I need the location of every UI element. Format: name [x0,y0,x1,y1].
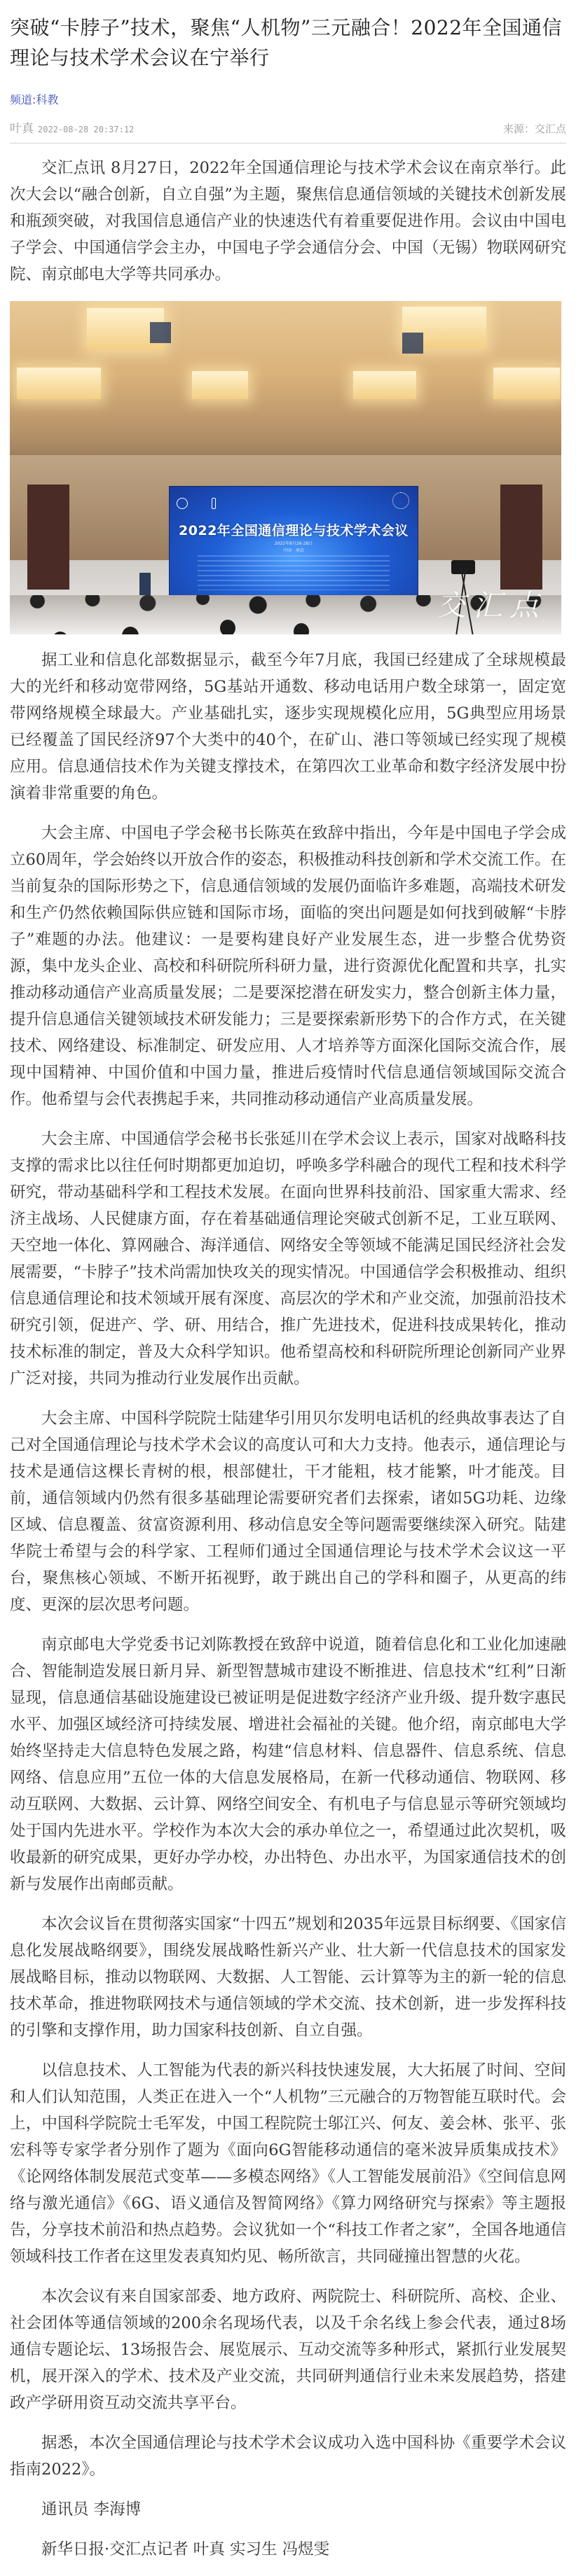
paragraph-3: 大会主席、中国电子学会秘书长陈英在致辞中指出，今年是中国电子学会成立60周年，学… [10,820,566,1113]
channel-link[interactable]: 频道:科教 [10,91,566,107]
article-meta: 叶真2022-08-28 20:37:12 来源：交汇点 [10,118,566,144]
article-title: 突破“卡脖子”技术，聚焦“人机物”三元融合！2022年全国通信理论与技术学术会议… [10,0,566,73]
article-body: 交汇点讯 8月27日，2022年全国通信理论与技术学术会议在南京举行。此次大会以… [10,144,566,2563]
paragraph-2: 据工业和信息化部数据显示，截至今年7月底，我国已经建成了全球规模最大的光纤和移动… [10,647,566,807]
chandelier-light [17,368,101,399]
watermark: 交汇点 [437,583,546,625]
paragraph-8: 以信息技术、人工智能为代表的新兴科技快速发展，大大拓展了时间、空间和人们认知范围… [10,2057,566,2270]
chandelier-light [192,371,248,399]
paragraph-7: 本次会议旨在贯彻落实国家“十四五”规划和2035年远景目标纲要、《国家信息化发展… [10,1911,566,2044]
paragraph-4: 大会主席、中国通信学会秘书长张延川在学术会议上表示，国家对战略科技支撑的需求比以… [10,1126,566,1392]
reporter-credit: 新华日报·交汇点记者 叶真 实习生 冯煜雯 [10,2536,566,2563]
paragraph-6: 南京邮电大学党委书记刘陈教授在致辞中说道，随着信息化和工业化加速融合、智能制造发… [10,1631,566,1898]
attendee-head [122,627,139,634]
article-page: 突破“卡脖子”技术，聚焦“人机物”三元融合！2022年全国通信理论与技术学术会议… [0,0,576,2563]
publish-time: 2022-08-28 20:37:12 [38,125,134,134]
correspondent-credit: 通讯员 李海博 [10,2496,566,2523]
attendee-head [52,632,69,634]
paragraph-10: 据悉，本次全国通信理论与技术学术会议成功入选中国科协《重要学术会议指南2022》… [10,2430,566,2483]
author-name: 叶真 [10,122,34,136]
attendee-head [220,620,235,634]
ceiling-panel [402,333,423,354]
video-camera [451,560,475,574]
paragraph-5: 大会主席、中国科学院院士陆建华引用贝尔发明电话机的经典故事表达了自己对全国通信理… [10,1405,566,1618]
byline: 叶真2022-08-28 20:37:12 [10,118,134,136]
source-label: 来源：交汇点 [503,121,566,136]
attendee-head [294,623,309,634]
ceiling-panel [150,322,171,343]
chandelier-light [353,371,416,399]
chandelier-light [493,368,560,399]
paragraph-9: 本次会议有来自国家部委、地方政府、两院院士、科研院所、高校、企业、社会团体等通信… [10,2283,566,2416]
paragraph-1: 交汇点讯 8月27日，2022年全国通信理论与技术学术会议在南京举行。此次大会以… [10,155,566,288]
conference-photo: 2022年全国通信理论与技术学术会议 2022年8月26-28日 中国 · 南京 [10,301,561,634]
